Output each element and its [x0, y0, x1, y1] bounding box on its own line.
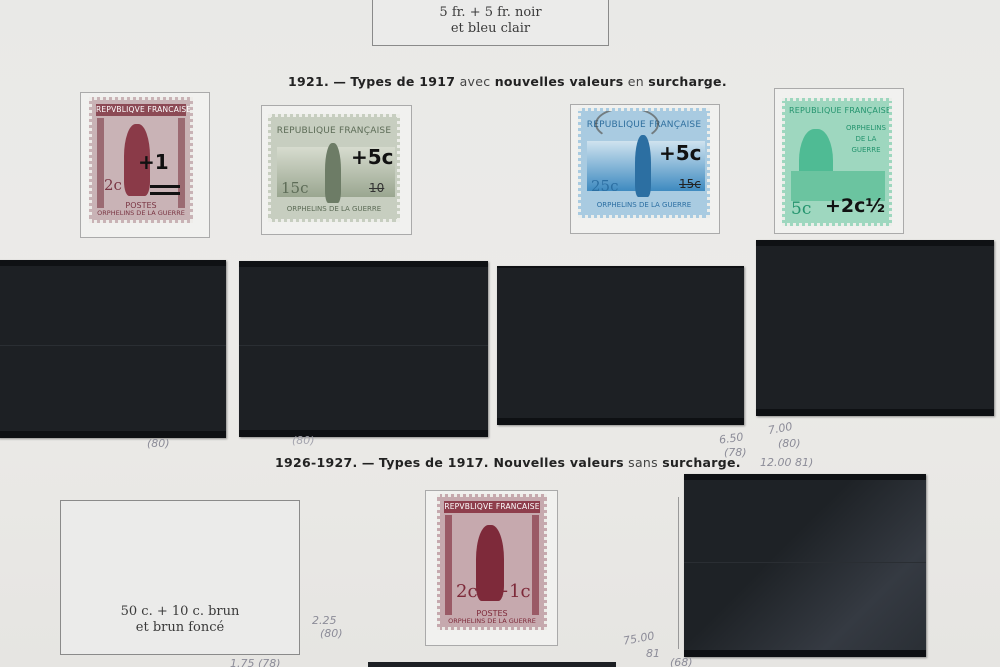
stamp-surcharge-value: +1c [494, 581, 531, 602]
stamp-1926-2c-plus-1c[interactable]: REPVBLIQVE FRANCAISE 2c +1c POSTES ORPHE… [437, 494, 547, 630]
section-heading-1926: 1926-1927. — Types de 1917. Nouvelles va… [275, 455, 741, 470]
stamp-surcharge: +2c½ [825, 195, 885, 217]
stamp-25c-plus-5c[interactable]: REPUBLIQUE FRANÇAISE 25c +5c 15c ORPHELI… [578, 108, 710, 218]
stamp-value: 2c [456, 581, 478, 602]
stamp-5c-plus-2c-half[interactable]: REPUBLIQUE FRANÇAISE ORPHELINS DE LA GUE… [782, 98, 892, 226]
stamp-country: REPUBLIQUE FRANÇAISE [275, 125, 393, 137]
stamp-surcharge: +5c [659, 141, 702, 165]
stamp-postmark [595, 108, 659, 141]
mount-partial-bottom [368, 662, 616, 667]
caption-line-2: et brun foncé [61, 620, 299, 636]
pencil-price: 1.75 (78) [230, 657, 281, 667]
caption-box-5fr: 5 fr. + 5 fr. noir et bleu clair [372, 0, 609, 46]
stamp-struck-value: 15c [679, 177, 701, 191]
pencil-price: 6.50 [718, 430, 744, 446]
pencil-note: (80) [292, 434, 315, 447]
stamp-bottom-text: ORPHELINS DE LA GUERRE [585, 201, 703, 209]
stamp-bottom-text: ORPHELINS DE LA GUERRE [96, 209, 186, 217]
empty-mount-1 [0, 260, 226, 438]
pencil-note: 12.00 81) [760, 456, 813, 469]
stamp-value: 15c [281, 179, 309, 197]
caption-box-50c: 50 c. + 10 c. brun et brun foncé [60, 500, 300, 655]
empty-mount-5 [684, 474, 926, 657]
stamp-country: REPVBLIQVE FRANCAISE [444, 501, 540, 513]
stamp-pillar-left [445, 515, 452, 615]
pencil-note: 81 [646, 647, 660, 660]
stamp-value: 5c [791, 199, 811, 219]
pencil-note: (68) [670, 656, 693, 667]
empty-mount-4 [756, 240, 994, 416]
stamp-bottom-text: ORPHELINS DE LA GUERRE [444, 617, 540, 625]
pencil-price: 75.00 [622, 629, 655, 647]
stamp-value: 25c [591, 177, 619, 195]
stamp-surcharge: +1 [138, 150, 169, 174]
stamp-country: REPVBLIQVE FRANCAISE [96, 104, 186, 116]
caption-line-1: 50 c. + 10 c. brun [61, 604, 299, 620]
stamp-bottom-text: ORPHELINS DE LA GUERRE [275, 205, 393, 213]
caption-line-1: 5 fr. + 5 fr. noir [373, 5, 608, 21]
section-heading-1921: 1921. — Types de 1917 avec nouvelles val… [288, 74, 727, 89]
empty-mount-2 [239, 261, 488, 437]
stamp-pillar-right [532, 515, 539, 615]
pencil-note: (80) [778, 437, 801, 450]
stamp-surcharge: +5c [351, 145, 394, 169]
pencil-note: (80) [320, 627, 343, 640]
pencil-price: 7.00 [767, 420, 793, 437]
caption-line-2: et bleu clair [373, 21, 608, 37]
stamp-2c-plus-1[interactable]: REPVBLIQVE FRANCAISE 2c +1 POSTES ORPHEL… [89, 97, 193, 223]
stamp-ploughwoman-figure [325, 143, 341, 203]
pencil-price: 2.25 [312, 614, 337, 627]
stamp-strike-bar [150, 192, 180, 195]
empty-mount-3 [497, 266, 744, 425]
stamp-struck-value: 10 [369, 181, 384, 195]
stamp-ploughwoman-figure [635, 135, 651, 197]
stamp-pillar-left [97, 118, 104, 208]
stamp-country: REPUBLIQUE FRANÇAISE [789, 105, 885, 117]
pencil-note: (80) [147, 437, 170, 450]
stamp-strike-bar [150, 185, 180, 188]
stamp-15c-plus-5c[interactable]: REPUBLIQUE FRANÇAISE 15c +5c 10 ORPHELIN… [268, 114, 400, 222]
stamp-side-text: ORPHELINS DE LA GUERRE [841, 123, 891, 156]
stamp-value: 2c [104, 176, 122, 194]
